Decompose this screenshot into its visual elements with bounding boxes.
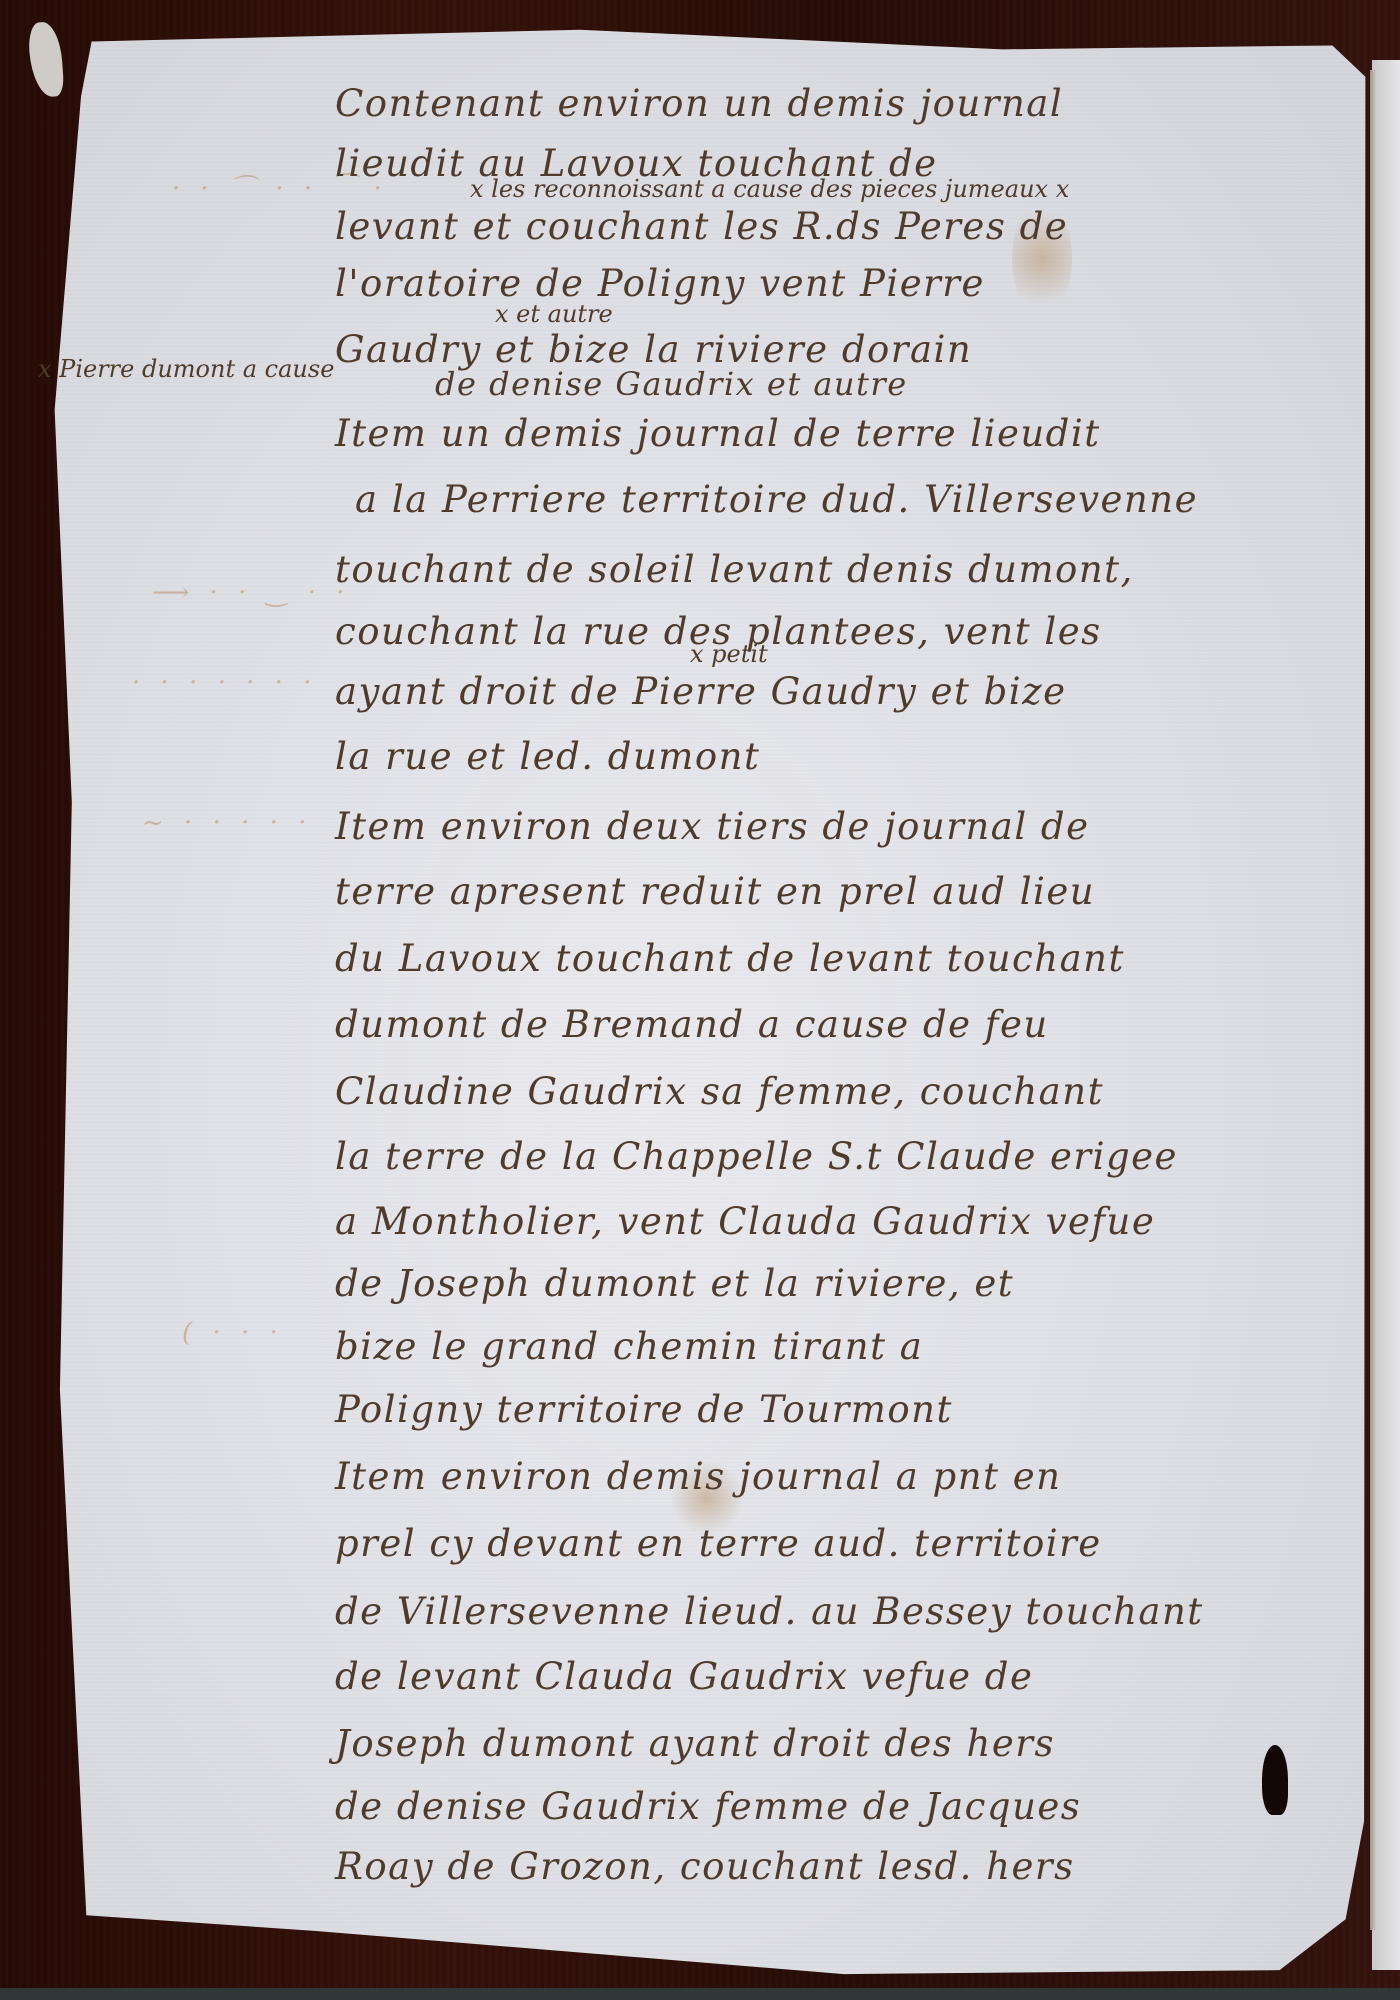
manuscript-line: Roay de Grozon, couchant lesd. hers: [335, 1845, 1075, 1888]
manuscript-line: la terre de la Chappelle S.t Claude erig…: [335, 1135, 1178, 1178]
manuscript-line: Item environ deux tiers de journal de: [335, 805, 1090, 848]
manuscript-line: de levant Clauda Gaudrix vefue de: [335, 1655, 1033, 1698]
manuscript-line: Joseph dumont ayant droit des hers: [335, 1722, 1055, 1765]
manuscript-line: de Joseph dumont et la riviere, et: [335, 1262, 1014, 1305]
manuscript-line: Contenant environ un demis journal: [335, 82, 1063, 125]
manuscript-line: Item environ demis journal a pnt en: [335, 1455, 1061, 1498]
manuscript-line: terre apresent reduit en prel aud lieu: [335, 870, 1095, 913]
manuscript-line: de denise Gaudrix femme de Jacques: [335, 1785, 1081, 1828]
manuscript-line: dumont de Bremand a cause de feu: [335, 1003, 1049, 1046]
interlinear-insertion: x les reconnoissant a cause des pieces j…: [470, 175, 1069, 203]
interlinear-insertion: x petit: [690, 640, 768, 668]
manuscript-line: Item un demis journal de terre lieudit: [335, 412, 1101, 455]
manuscript-line: de Villersevenne lieud. au Bessey toucha…: [335, 1590, 1204, 1633]
manuscript-line: a Montholier, vent Clauda Gaudrix vefue: [335, 1200, 1155, 1243]
manuscript-line: prel cy devant en terre aud. territoire: [335, 1522, 1102, 1565]
manuscript-line: Poligny territoire de Tourmont: [335, 1388, 953, 1431]
manuscript-line: ayant droit de Pierre Gaudry et bize: [335, 670, 1067, 713]
manuscript-line: a la Perriere territoire dud. Villerseve…: [355, 478, 1198, 521]
bottom-strip: [0, 1988, 1400, 2000]
manuscript-line: levant et couchant les R.ds Peres de: [335, 205, 1068, 248]
manuscript-line: Claudine Gaudrix sa femme, couchant: [335, 1070, 1104, 1113]
manuscript-line: la rue et led. dumont: [335, 735, 760, 778]
handwritten-text: Contenant environ un demis journal lieud…: [0, 0, 1400, 2000]
manuscript-line: bize le grand chemin tirant a: [335, 1325, 923, 1368]
manuscript-line: de denise Gaudrix et autre: [435, 365, 908, 403]
interlinear-insertion: x et autre: [495, 300, 613, 328]
manuscript-line: touchant de soleil levant denis dumont,: [335, 548, 1134, 591]
margin-note: x Pierre dumont a cause: [38, 355, 334, 383]
manuscript-line: l'oratoire de Poligny vent Pierre: [335, 262, 985, 305]
manuscript-line: du Lavoux touchant de levant touchant: [335, 937, 1125, 980]
